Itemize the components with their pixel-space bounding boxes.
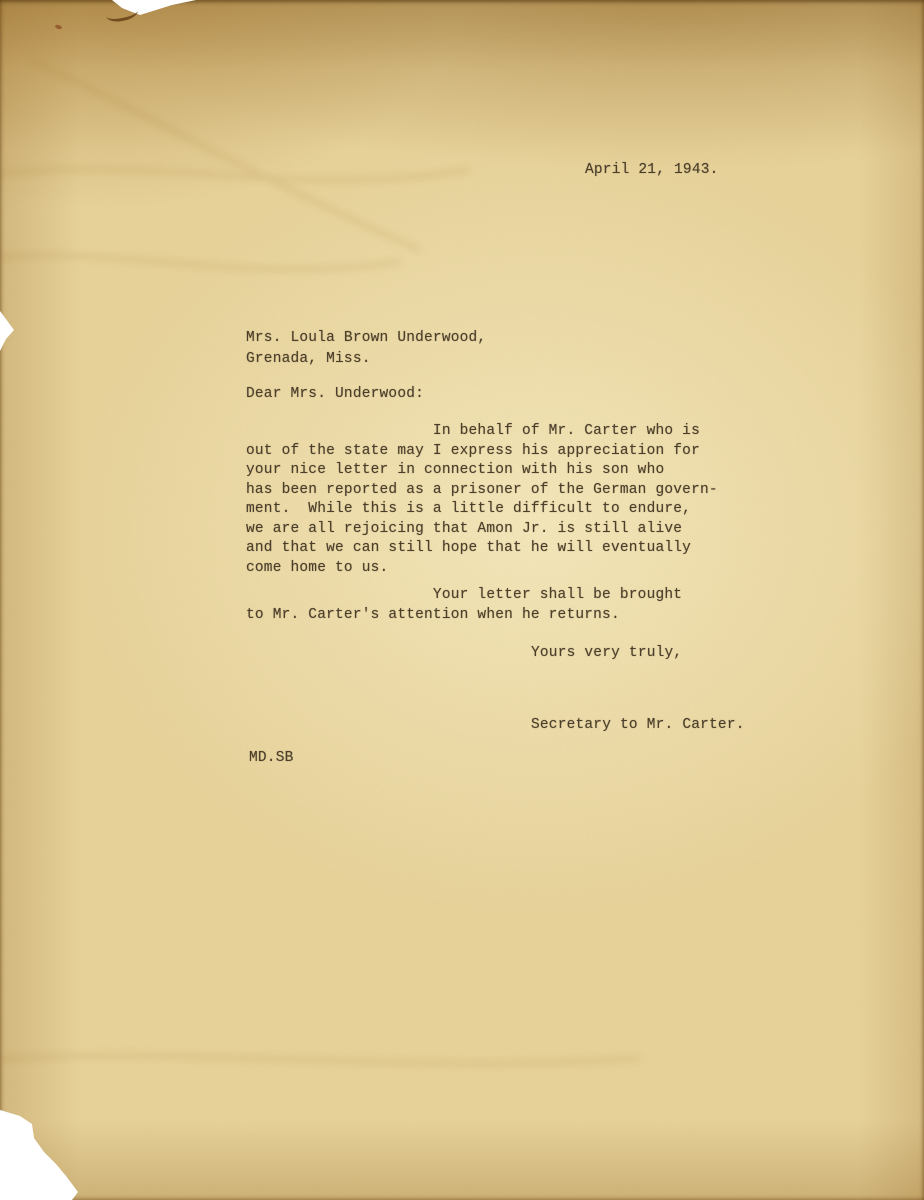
body-paragraph-2: Your letter shall be broughtto Mr. Carte… — [246, 586, 682, 625]
typed-line: we are all rejoicing that Amon Jr. is st… — [246, 520, 718, 540]
letter-date: April 21, 1943. — [585, 161, 719, 181]
typed-line: your nice letter in connection with his … — [246, 461, 718, 481]
typed-line: to Mr. Carter's attention when he return… — [246, 606, 682, 626]
typed-line: Grenada, Miss. — [246, 349, 486, 370]
typed-line: Your letter shall be brought — [246, 586, 682, 606]
typist-initials: MD.SB — [249, 749, 294, 769]
typed-line: and that we can still hope that he will … — [246, 539, 718, 559]
salutation: Dear Mrs. Underwood: — [246, 385, 424, 405]
typed-line: out of the state may I express his appre… — [246, 442, 718, 462]
body-paragraph-1: In behalf of Mr. Carter who isout of the… — [246, 422, 718, 578]
typed-line: Mrs. Loula Brown Underwood, — [246, 328, 486, 349]
recipient-address: Mrs. Loula Brown Underwood,Grenada, Miss… — [246, 328, 486, 369]
typed-line: ment. While this is a little difficult t… — [246, 500, 718, 520]
signature-title: Secretary to Mr. Carter. — [531, 716, 745, 736]
typed-line: In behalf of Mr. Carter who is — [246, 422, 718, 442]
scanned-letter-page: April 21, 1943. Mrs. Loula Brown Underwo… — [0, 0, 924, 1200]
typed-line: has been reported as a prisoner of the G… — [246, 481, 718, 501]
closing-valediction: Yours very truly, — [531, 644, 682, 664]
typed-line: come home to us. — [246, 559, 718, 579]
